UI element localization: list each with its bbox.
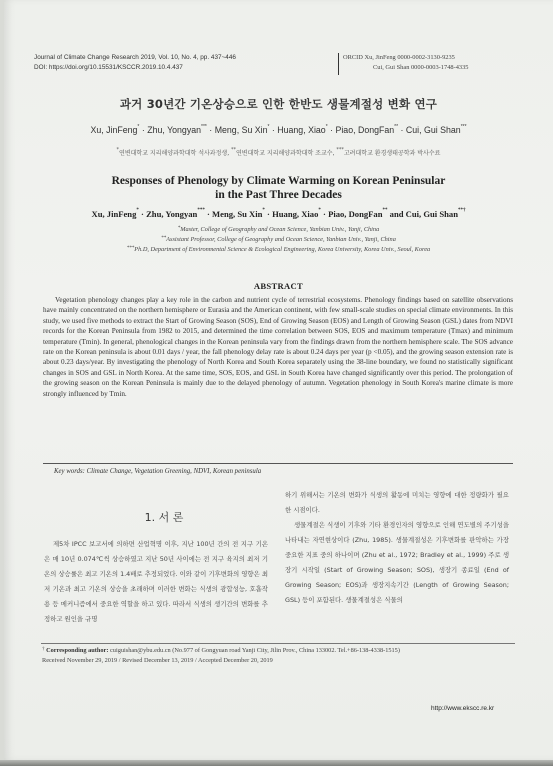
affiliation-mark: *** bbox=[336, 147, 344, 153]
abstract-heading: ABSTRACT bbox=[4, 281, 553, 291]
body-paragraph: 제5차 IPCC 보고서에 의하면 산업혁명 이후, 지난 100년 간의 전 … bbox=[44, 537, 268, 627]
journal-header: Journal of Climate Change Research 2019,… bbox=[34, 53, 236, 73]
orcid-entry[interactable]: Xu, JinFeng 0000-0002-3130-9235 bbox=[365, 54, 455, 61]
affiliation-mark: * bbox=[117, 147, 120, 153]
affiliation-line: *Master, College of Geography and Ocean … bbox=[4, 225, 553, 235]
author-name: Xu, JinFeng bbox=[90, 125, 137, 135]
corresponding-author-label: Corresponding author: bbox=[46, 647, 108, 654]
author-name: Huang, Xiao bbox=[272, 209, 318, 219]
footnote-mark: † bbox=[42, 647, 45, 652]
author-name: Huang, Xiao bbox=[277, 125, 325, 135]
abstract-text: Vegetation phenology changes play a key … bbox=[43, 295, 513, 399]
author-name: Piao, DongFan bbox=[328, 209, 382, 219]
author-name: Meng, Su Xin bbox=[212, 209, 262, 219]
section-heading: 1. 서 론 bbox=[64, 509, 264, 525]
english-title-line: Responses of Phenology by Climate Warmin… bbox=[4, 174, 553, 188]
footnote-divider bbox=[41, 643, 515, 644]
keywords-text: Climate Change, Vegetation Greening, NDV… bbox=[87, 468, 262, 475]
journal-citation: Journal of Climate Change Research 2019,… bbox=[34, 53, 236, 63]
english-authors: Xu, JinFeng* · Zhu, Yongyan*** · Meng, S… bbox=[4, 209, 553, 219]
divider bbox=[43, 463, 513, 464]
affiliation-mark: *** bbox=[127, 246, 135, 251]
author-mark: *** bbox=[197, 208, 205, 213]
author-mark: ** bbox=[383, 208, 388, 213]
author-mark: * bbox=[137, 124, 139, 130]
keywords-label: Key words: bbox=[54, 468, 85, 475]
affiliation-line: **Assistant Professor, College of Geogra… bbox=[4, 235, 553, 245]
orcid-block: ORCID Xu, JinFeng 0000-0002-3130-9235 Cu… bbox=[338, 53, 469, 75]
author-mark: *** bbox=[461, 124, 467, 130]
paper-page: Journal of Climate Change Research 2019,… bbox=[4, 0, 553, 760]
korean-authors: Xu, JinFeng* · Zhu, Yongyan*** · Meng, S… bbox=[4, 125, 553, 135]
body-column-left: 제5차 IPCC 보고서에 의하면 산업혁명 이후, 지난 100년 간의 전 … bbox=[44, 537, 268, 627]
affiliation-mark: ** bbox=[231, 147, 236, 153]
english-affiliations: *Master, College of Geography and Ocean … bbox=[4, 225, 553, 255]
orcid-label: ORCID bbox=[343, 54, 363, 61]
author-mark: * bbox=[136, 208, 139, 213]
author-mark: ** bbox=[394, 124, 398, 130]
author-mark: * bbox=[262, 208, 265, 213]
page-edge-shadow bbox=[0, 760, 553, 766]
english-title: Responses of Phenology by Climate Warmin… bbox=[4, 174, 553, 202]
affiliation-text: Ph.D, Department of Environmental Scienc… bbox=[134, 246, 430, 253]
author-mark: **† bbox=[458, 208, 466, 213]
author-mark: * bbox=[326, 124, 328, 130]
body-paragraph: 하기 위해서는 기온의 변화가 식생의 활동에 미치는 영향에 대한 정량화가 … bbox=[285, 488, 509, 518]
author-name: Cui, Gui Shan bbox=[406, 209, 458, 219]
author-name: Piao, DongFan bbox=[335, 125, 394, 135]
affiliation-text: Master, College of Geography and Ocean S… bbox=[180, 226, 379, 233]
author-mark: * bbox=[268, 124, 270, 130]
corresponding-author-info: cuiguishan@ybu.edu.cn (No.977 of Gongyua… bbox=[110, 647, 400, 654]
body-column-right: 하기 위해서는 기온의 변화가 식생의 활동에 미치는 영향에 대한 정량화가 … bbox=[285, 488, 509, 608]
keywords: Key words: Climate Change, Vegetation Gr… bbox=[54, 468, 261, 475]
journal-url[interactable]: http://www.ekscc.re.kr bbox=[431, 705, 494, 712]
submission-dates: Received November 29, 2019 / Revised Dec… bbox=[42, 656, 512, 666]
author-mark: *** bbox=[201, 124, 207, 130]
author-name: Cui, Gui Shan bbox=[406, 125, 461, 135]
author-name: Meng, Su Xin bbox=[215, 125, 268, 135]
affiliation-text: 연변대학교 지리해양과학대학 석사과정생, bbox=[119, 150, 231, 157]
korean-title: 과거 30년간 기온상승으로 인한 한반도 생물계절성 변화 연구 bbox=[4, 96, 553, 112]
author-name: Zhu, Yongyan bbox=[147, 125, 201, 135]
affiliation-text: 고려대학교 환경생태공학과 박사수료 bbox=[344, 150, 441, 157]
english-title-line: in the Past Three Decades bbox=[4, 188, 553, 202]
body-paragraph: 생물계절은 식생이 기후와 기타 환경인자의 영향으로 인해 연도별의 주기성을… bbox=[285, 518, 509, 608]
author-mark: * bbox=[318, 208, 321, 213]
doi-link[interactable]: DOI: https://doi.org/10.15531/KSCCR.2019… bbox=[34, 63, 236, 73]
affiliation-text: 연변대학교 지리해양과학대학 조교수, bbox=[236, 150, 336, 157]
korean-affiliations: *연변대학교 지리해양과학대학 석사과정생, **연변대학교 지리해양과학대학 … bbox=[4, 148, 553, 157]
footnote: † Corresponding author: cuiguishan@ybu.e… bbox=[42, 646, 512, 667]
affiliation-text: Assistant Professor, College of Geograph… bbox=[166, 236, 396, 243]
author-name: Xu, JinFeng bbox=[92, 209, 137, 219]
affiliation-mark: ** bbox=[161, 236, 166, 241]
author-name: Zhu, Yongyan bbox=[146, 209, 197, 219]
orcid-entry[interactable]: Cui, Gui Shan 0000-0003-1748-4335 bbox=[373, 64, 469, 71]
affiliation-mark: * bbox=[178, 226, 181, 231]
affiliation-line: ***Ph.D, Department of Environmental Sci… bbox=[4, 245, 553, 255]
